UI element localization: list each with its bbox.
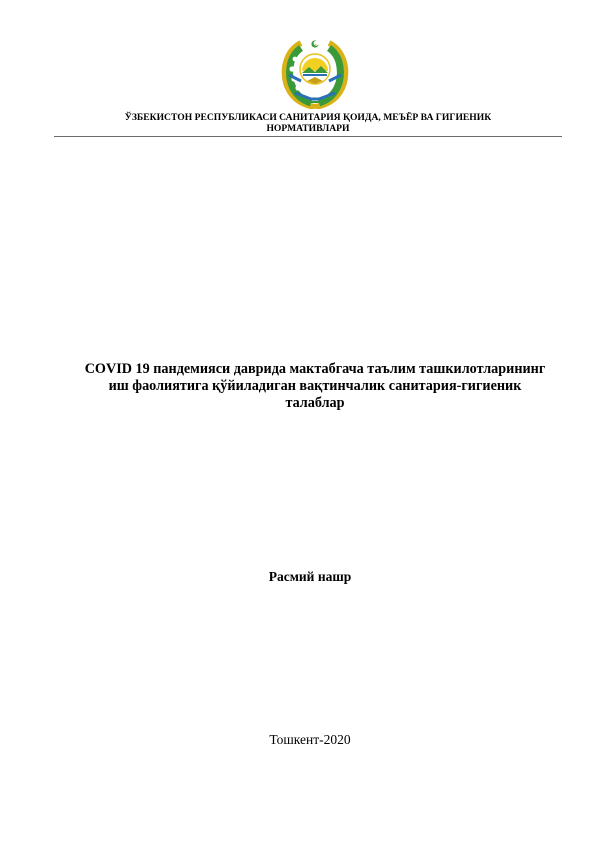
document-title: COVID 19 пандемияси даврида мактабгача т… xyxy=(60,361,570,412)
state-emblem-icon: ★ xyxy=(281,37,349,109)
edition-label: Расмий нашр xyxy=(0,569,596,585)
svg-text:★: ★ xyxy=(314,43,317,47)
title-line-1: COVID 19 пандемияси даврида мактабгача т… xyxy=(60,361,570,378)
issuing-authority-header: ЎЗБЕКИСТОН РЕСПУБЛИКАСИ САНИТАРИЯ ҚОИДА,… xyxy=(54,112,562,134)
publication-place-year: Тошкент-2020 xyxy=(0,732,596,748)
header-line-2: НОРМАТИВЛАРИ xyxy=(54,123,562,134)
title-line-3: талаблар xyxy=(60,395,570,412)
header-divider xyxy=(54,136,562,137)
header-line-1: ЎЗБЕКИСТОН РЕСПУБЛИКАСИ САНИТАРИЯ ҚОИДА,… xyxy=(54,112,562,123)
title-line-2: иш фаолиятига қўйиладиган вақтинчалик са… xyxy=(60,378,570,395)
